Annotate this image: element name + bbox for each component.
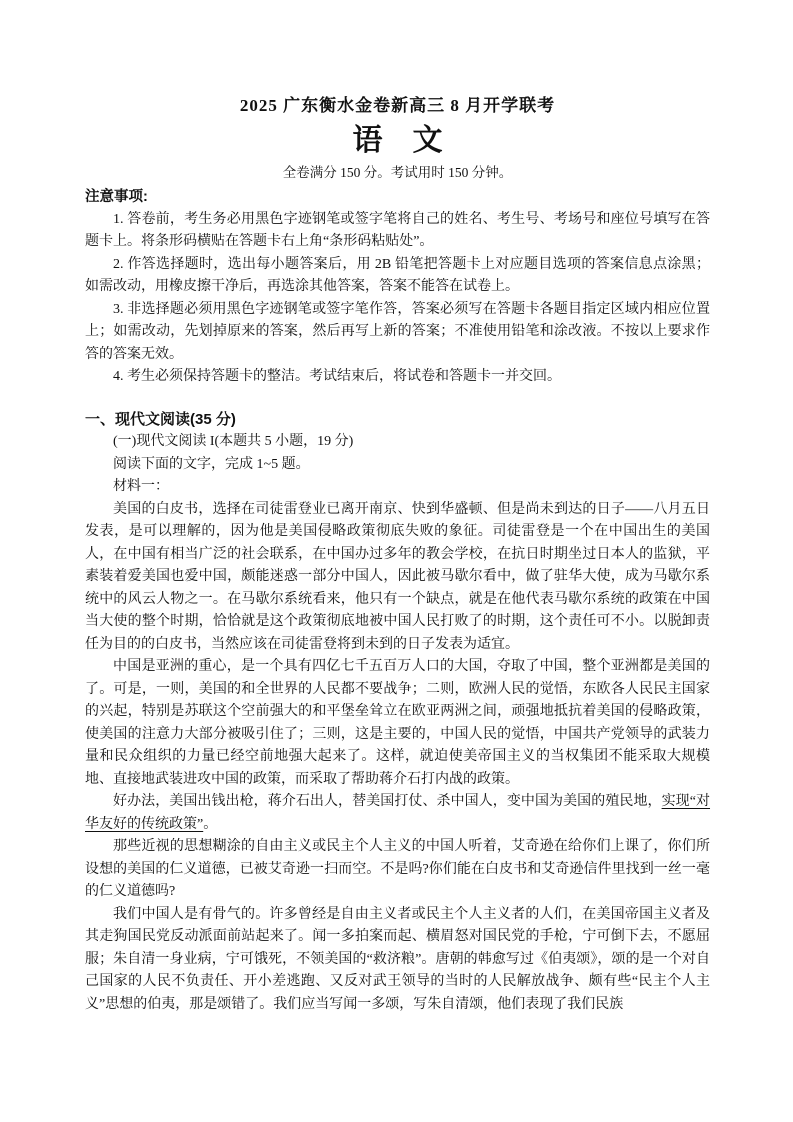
material-paragraph: 那些近视的思想糊涂的自由主义或民主个人主义的中国人听着，艾奇逊在给你们上课了，你… [85,836,710,904]
notice-item: 1. 答卷前，考生务必用黑色字迹钢笔或签字笔将自己的姓名、考生号、考场号和座位号… [85,209,710,254]
exam-paper-page: 2025 广东衡水金卷新高三 8 月开学联考 语 文 全卷满分 150 分。考试… [0,0,793,1122]
notice-item: 3. 非选择题必须用黑色字迹钢笔或签字笔作答，答案必须写在答题卡各题目指定区域内… [85,299,710,367]
exam-info: 全卷满分 150 分。考试用时 150 分钟。 [85,162,710,184]
paragraph-text: 中国是亚洲的重心，是一个具有四亿七千五百万人口的大国，夺取了中国，整个亚洲都是美… [85,659,710,787]
notice-item: 4. 考生必须保持答题卡的整洁。考试结束后，将试卷和答题卡一并交回。 [85,366,710,389]
material-label: 材料一： [85,476,710,499]
paragraph-text: 好办法，美国出钱出枪，蒋介石出人，替美国打仗、杀中国人，变中国为美国的殖民地， [113,794,662,809]
reading-instruction: 阅读下面的文字，完成 1~5 题。 [85,454,710,477]
paragraph-text: 美国的白皮书，选择在司徒雷登业已离开南京、快到华盛顿、但是尚未到达的日子——八月… [85,502,710,652]
material-paragraph: 美国的白皮书，选择在司徒雷登业已离开南京、快到华盛顿、但是尚未到达的日子——八月… [85,499,710,657]
notice-heading: 注意事项: [85,186,710,209]
paragraph-text: 那些近视的思想糊涂的自由主义或民主个人主义的中国人听着，艾奇逊在给你们上课了，你… [85,839,710,899]
notice-item: 2. 作答选择题时，选出每小题答案后，用 2B 铅笔把答题卡上对应题目选项的答案… [85,254,710,299]
notice-list: 1. 答卷前，考生务必用黑色字迹钢笔或签字笔将自己的姓名、考生号、考场号和座位号… [85,209,710,389]
material-paragraph: 好办法，美国出钱出枪，蒋介石出人，替美国打仗、杀中国人，变中国为美国的殖民地，实… [85,791,710,836]
section-heading: 一、现代文阅读(35 分) [85,409,710,432]
paragraph-text: 我们中国人是有骨气的。许多曾经是自由主义者或民主个人主义者的人们，在美国帝国主义… [85,907,710,1012]
subject-title: 语 文 [85,120,710,162]
material-paragraph: 中国是亚洲的重心，是一个具有四亿七千五百万人口的大国，夺取了中国，整个亚洲都是美… [85,656,710,791]
section-subheading: (一)现代文阅读 I(本题共 5 小题，19 分) [85,431,710,454]
material-paragraph: 我们中国人是有骨气的。许多曾经是自由主义者或民主个人主义者的人们，在美国帝国主义… [85,904,710,1017]
paragraph-text: 。 [203,817,217,832]
material-text: 美国的白皮书，选择在司徒雷登业已离开南京、快到华盛顿、但是尚未到达的日子——八月… [85,499,710,1017]
exam-title: 2025 广东衡水金卷新高三 8 月开学联考 [85,96,710,116]
